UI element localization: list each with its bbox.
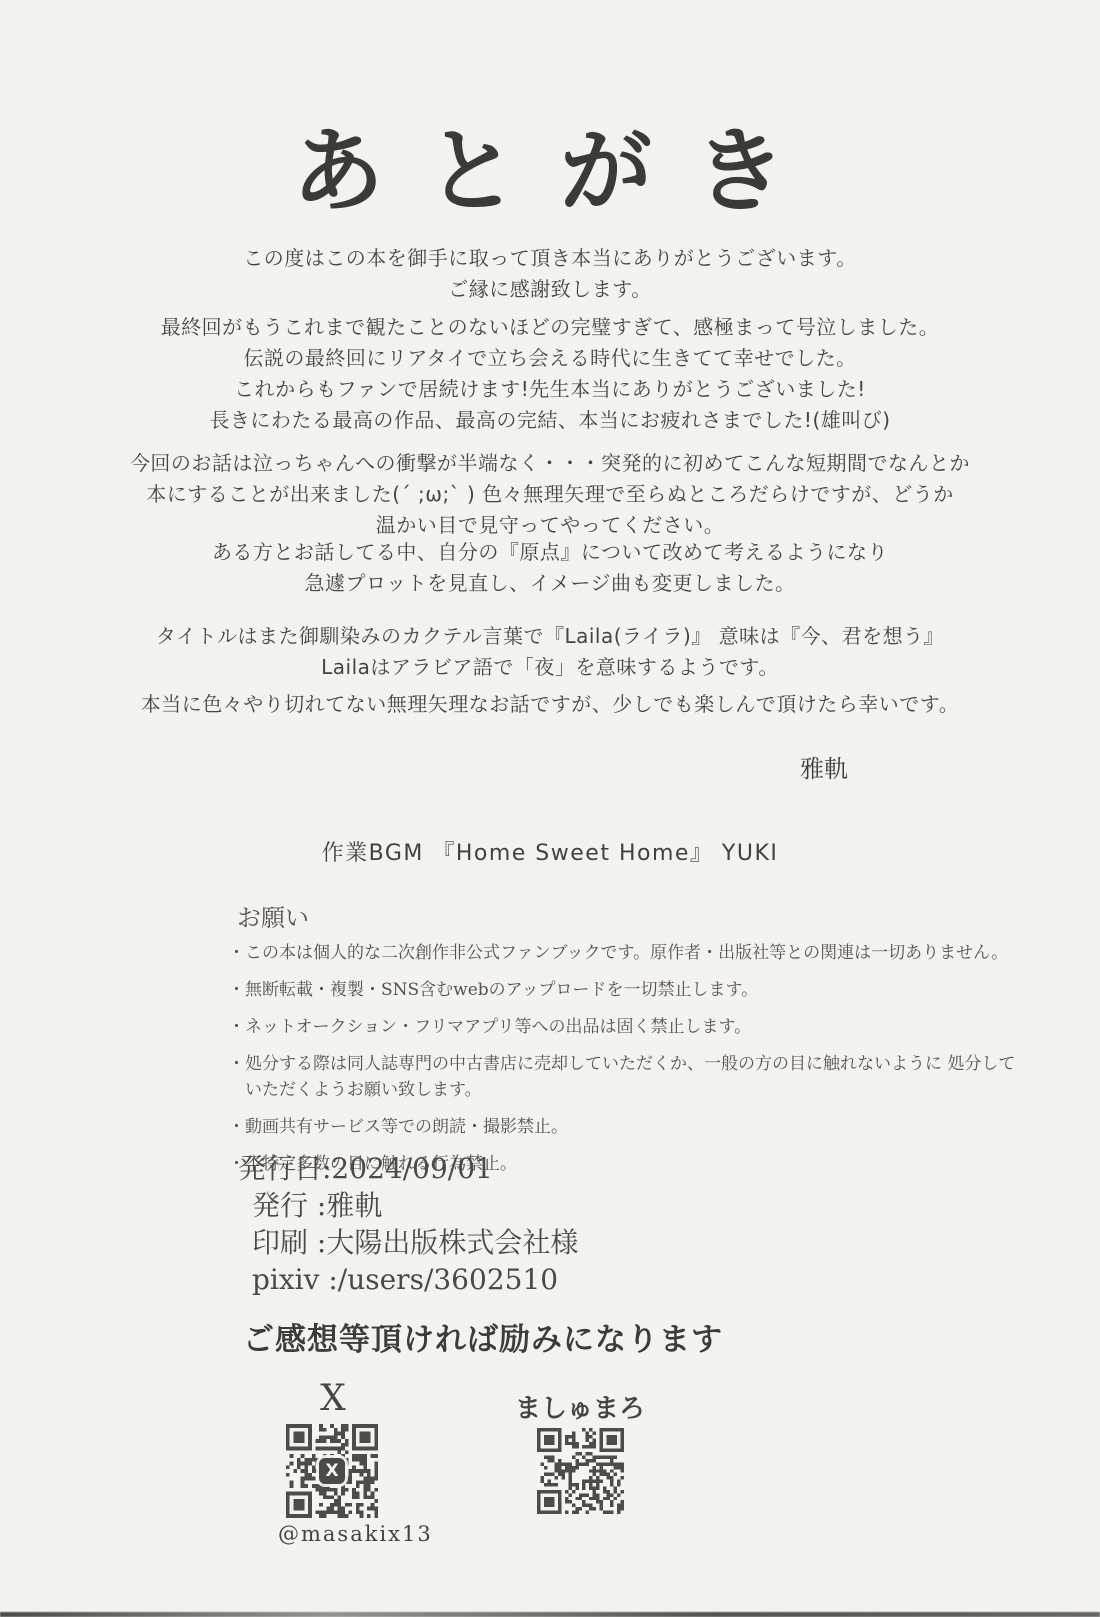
intro-line: ご縁に感謝致します。 [0, 274, 1100, 305]
notice-item: ・無断転載・複製・SNS含むwebのアップロードを一切禁止します。 [228, 977, 1018, 1003]
origin-line: ある方とお話してる中、自分の『原点』について改めて考えるようになり [0, 537, 1100, 568]
notice-item: ・動画共有サービス等での朗読・撮影禁止。 [228, 1114, 1018, 1140]
title-note-line: Lailaはアラビア語で「夜」を意味するようです。 [0, 652, 1100, 683]
story-line: 今回のお話は泣っちゃんへの衝撃が半端なく・・・突発的に初めてこんな短期間でなんと… [0, 448, 1100, 479]
page-title: あとがき [0, 98, 1100, 230]
colophon: 発行日:2024/09/01 発行 :雅軌 印刷 :大陽出版株式会社様 pixi… [238, 1150, 578, 1298]
notice-item: ・ネットオークション・フリマアプリ等への出品は固く禁止します。 [228, 1014, 1018, 1040]
colophon-publisher: 発行 :雅軌 [238, 1187, 578, 1224]
feedback-message: ご感想等頂ければ励みになります [243, 1314, 723, 1359]
colophon-publish-date: 発行日:2024/09/01 [238, 1150, 578, 1187]
story-line: 本にすることが出来ました(´ ;ω;` ) 色々無理矢理で至らぬところだらけです… [0, 479, 1100, 510]
notice-heading: お願い [237, 898, 309, 933]
intro-paragraph: この度はこの本を御手に取って頂き本当にありがとうございます。 ご縁に感謝致します… [0, 243, 1100, 305]
colophon-pixiv: pixiv :/users/3602510 [238, 1261, 578, 1298]
x-qr-code: X [286, 1424, 378, 1518]
origin-paragraph: ある方とお話してる中、自分の『原点』について改めて考えるようになり 急遽プロット… [0, 537, 1100, 599]
intro-line: この度はこの本を御手に取って頂き本当にありがとうございます。 [0, 243, 1100, 274]
origin-line: 急遽プロットを見直し、イメージ曲も変更しました。 [0, 568, 1100, 599]
finale-line: 最終回がもうこれまで観たことのないほどの完璧すぎて、感極まって号泣しました。 [0, 312, 1100, 343]
x-logo-icon: X [319, 1458, 345, 1484]
marshmallow-qr-code [537, 1428, 624, 1514]
marshmallow-label: ましゅまろ [505, 1388, 655, 1425]
finale-line: 伝説の最終回にリアタイで立ち会える時代に生きてて幸せでした。 [0, 343, 1100, 374]
finale-line: これからもファンで居続けます!先生本当にありがとうございました! [0, 374, 1100, 405]
x-handle: @masakix13 [278, 1522, 433, 1546]
closing-line: 本当に色々やり切れてない無理矢理なお話ですが、少しでも楽しんで頂けたら幸いです。 [0, 689, 1100, 720]
colophon-printer: 印刷 :大陽出版株式会社様 [238, 1224, 578, 1261]
notice-item: ・処分する際は同人誌専門の中古書店に売却していただくか、一般の方の目に触れないよ… [228, 1051, 1018, 1103]
notice-item: ・この本は個人的な二次創作非公式ファンブックです。原作者・出版社等との関連は一切… [228, 940, 1018, 966]
story-paragraph: 今回のお話は泣っちゃんへの衝撃が半端なく・・・突発的に初めてこんな短期間でなんと… [0, 448, 1100, 541]
author-signature: 雅軌 [800, 749, 848, 784]
closing-paragraph: 本当に色々やり切れてない無理矢理なお話ですが、少しでも楽しんで頂けたら幸いです。 [0, 689, 1100, 720]
scan-edge-artifact [0, 1612, 1100, 1617]
finale-paragraph: 最終回がもうこれまで観たことのないほどの完璧すぎて、感極まって号泣しました。 伝… [0, 312, 1100, 436]
x-account-label: X [258, 1378, 408, 1419]
afterword-page: あとがき この度はこの本を御手に取って頂き本当にありがとうございます。 ご縁に感… [0, 0, 1100, 1617]
title-note-line: タイトルはまた御馴染みのカクテル言葉で『Laila(ライラ)』 意味は『今、君を… [0, 621, 1100, 652]
bgm-credit: 作業BGM 『Home Sweet Home』 YUKI [0, 836, 1100, 867]
finale-line: 長きにわたる最高の作品、最高の完結、本当にお疲れさまでした!(雄叫び) [0, 405, 1100, 436]
title-note-paragraph: タイトルはまた御馴染みのカクテル言葉で『Laila(ライラ)』 意味は『今、君を… [0, 621, 1100, 683]
